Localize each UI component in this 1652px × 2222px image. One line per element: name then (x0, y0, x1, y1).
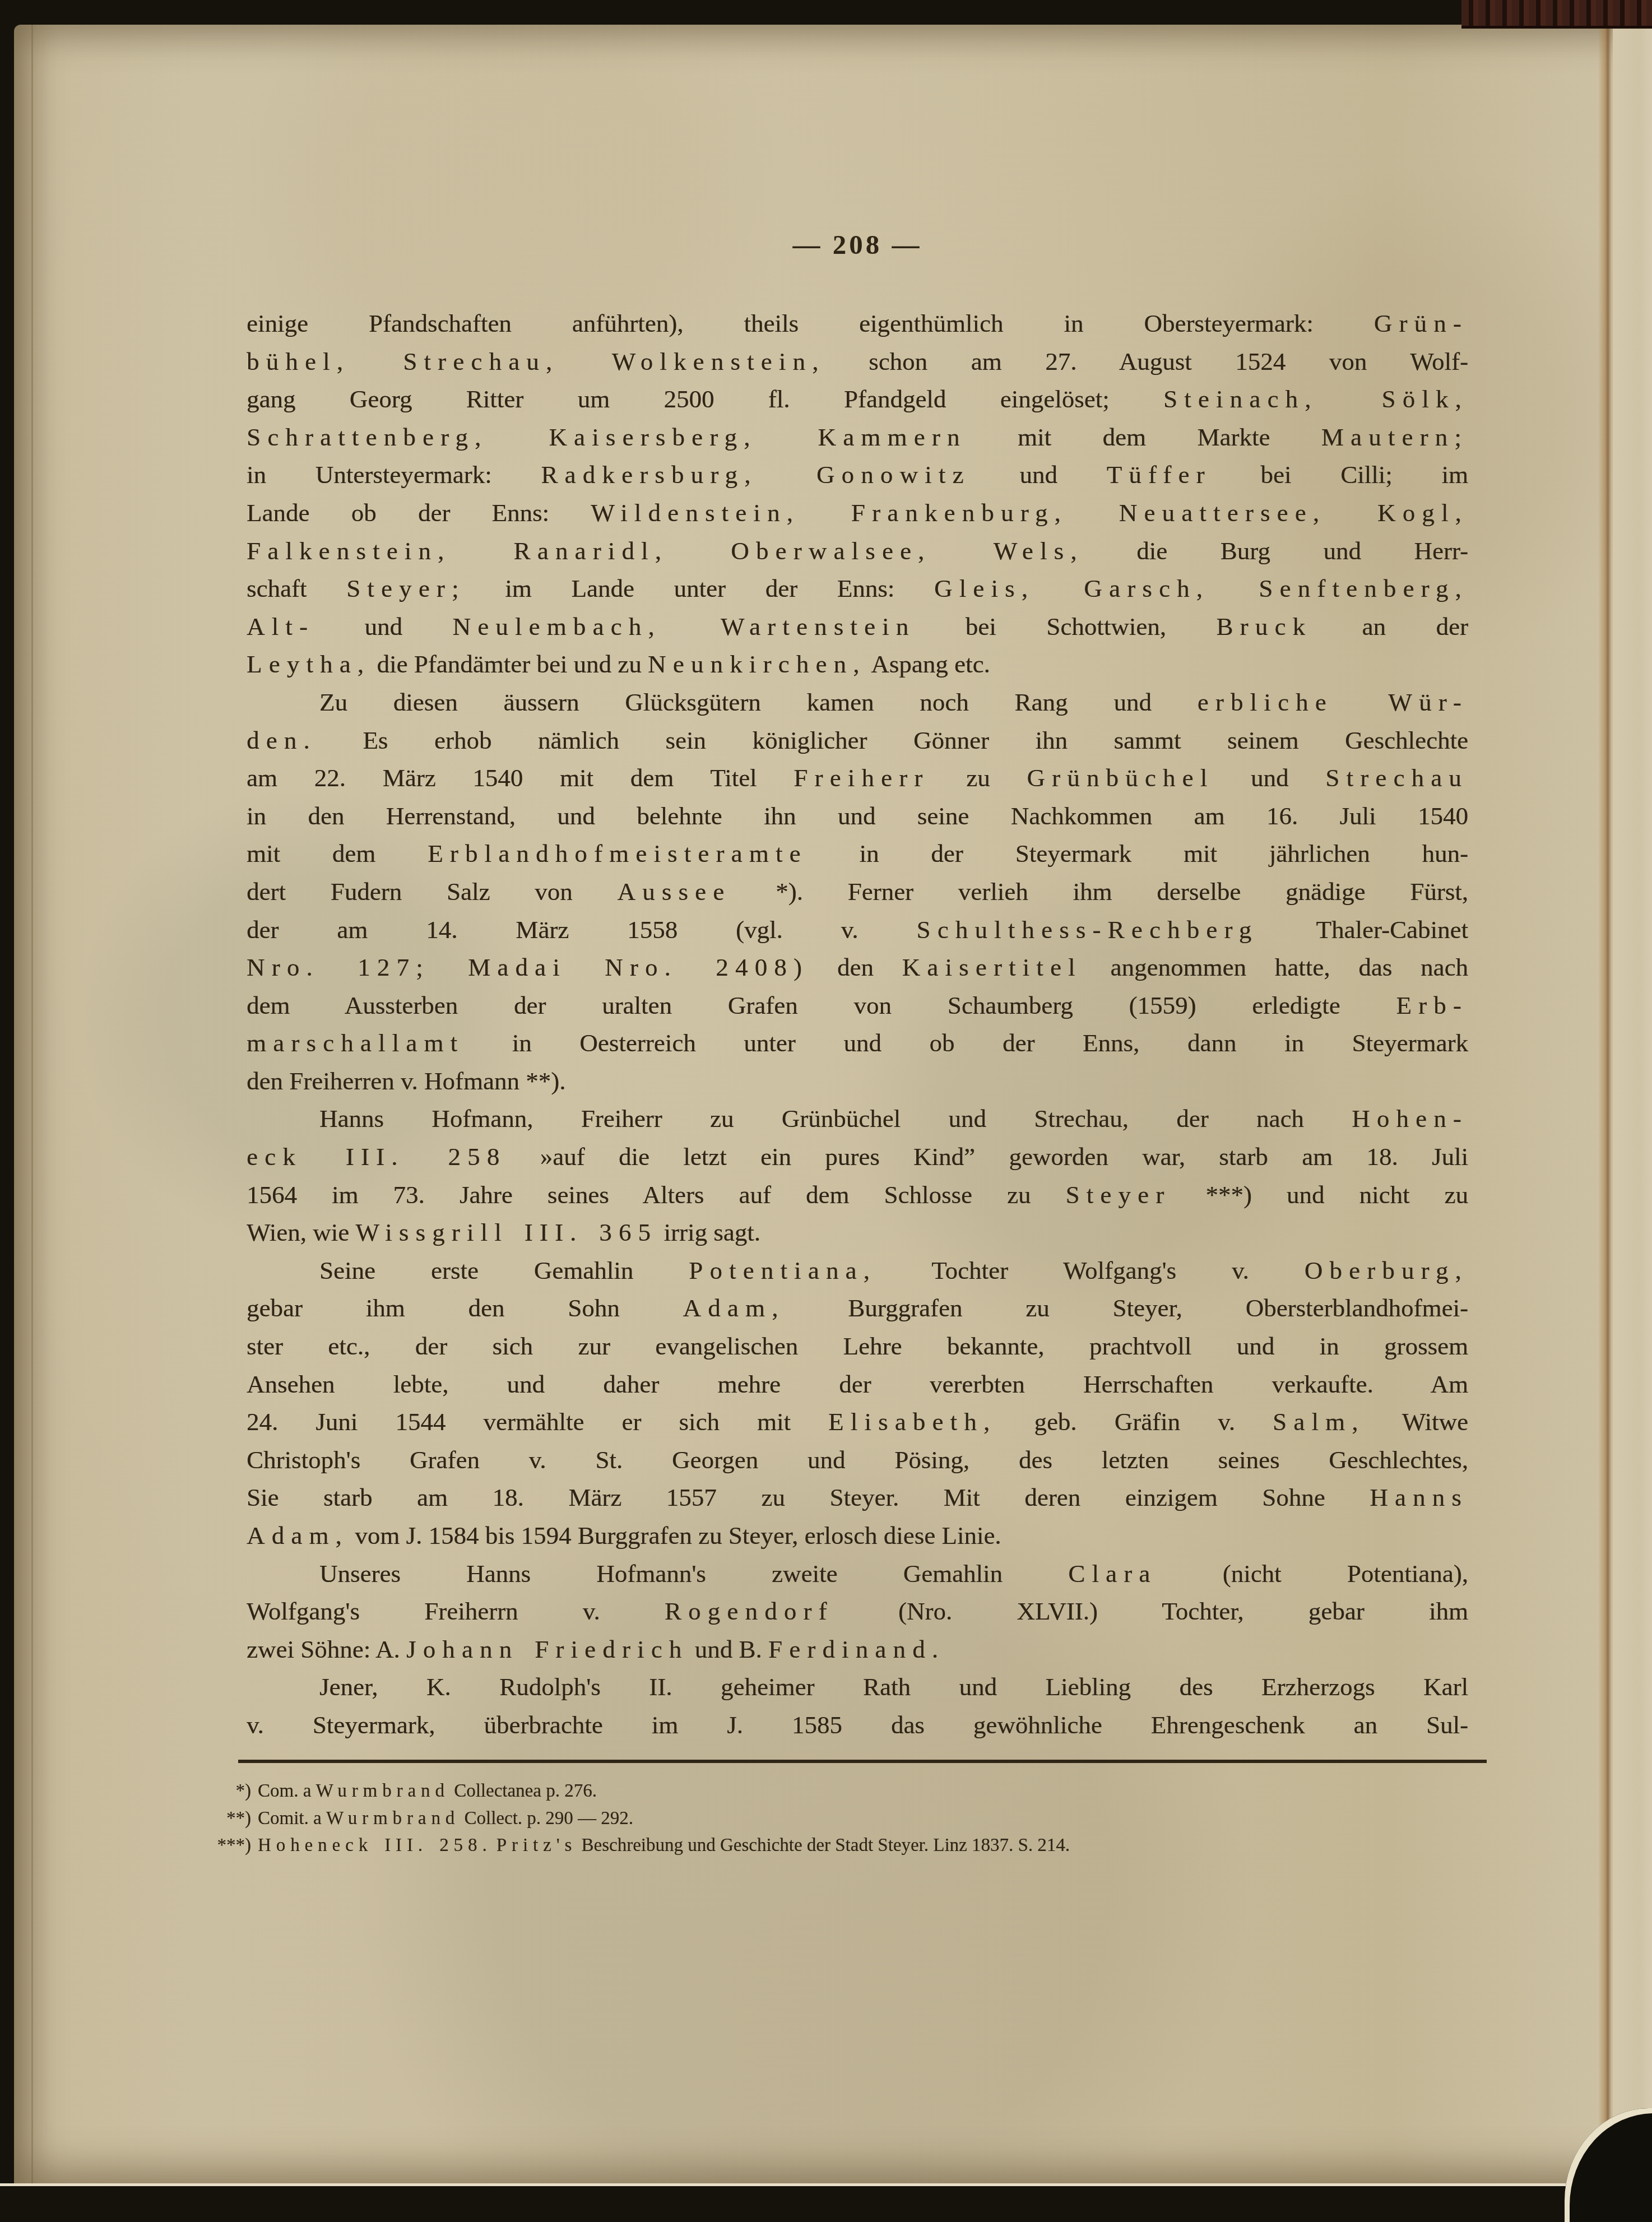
letterspaced-text: Leytha, (247, 650, 370, 678)
letterspaced-text: Grün- (1374, 309, 1468, 337)
letterspaced-text: Strechau (1325, 764, 1468, 792)
letterspaced-text: erbliche Wür- (1198, 688, 1468, 716)
text-line: Zu diesen äussern Glücksgütern kamen noc… (247, 684, 1468, 722)
letterspaced-text: Schrattenberg, Kaisersberg, Kammern (247, 423, 967, 451)
text-line: Jener, K. Rudolph's II. geheimer Rath un… (247, 1668, 1468, 1706)
paragraph: Zu diesen äussern Glücksgütern kamen noc… (247, 684, 1468, 1101)
letterspaced-text: Schulthess-Rechberg (916, 916, 1258, 944)
paragraph: Hanns Hofmann, Freiherr zu Grünbüchel un… (247, 1100, 1468, 1251)
text-line: zwei Söhne: A. Johann Friedrich und B. F… (247, 1631, 1468, 1669)
text-segment: bei Cilli; im (1212, 461, 1468, 489)
letterspaced-text: Grünbüchel (1027, 764, 1214, 792)
scan-background-bottom (0, 2183, 1652, 2222)
letterspaced-text: Wissgrill III. 365 (355, 1218, 657, 1246)
text-segment: schon am 27. August 1524 von Wolf- (825, 347, 1468, 375)
footnote-text: Comit. a Wurmbrand Collect. p. 290 — 292… (258, 1805, 1486, 1833)
letterspaced-text: Steyer (1066, 1181, 1171, 1209)
footnote-marker: ***) (197, 1832, 258, 1859)
letterspaced-text: Erb- (1396, 991, 1468, 1019)
text-segment: angenommen hatte, das nach (1082, 953, 1468, 981)
page-number: — 208 — (247, 229, 1468, 261)
letterspaced-text: Radkersburg, Gonowitz (541, 461, 970, 489)
letterspaced-text: Mautern; (1321, 423, 1468, 451)
letterspaced-text: Nro. 127; Madai Nro. 2408) (247, 953, 809, 981)
text-line: ster etc., der sich zur evangelischen Le… (247, 1328, 1468, 1366)
letterspaced-text: Neunkirchen, (648, 650, 866, 678)
text-line: Wien, wie Wissgrill III. 365 irrig sagt. (247, 1214, 1468, 1252)
text-segment: Com. a (258, 1781, 316, 1801)
text-segment: zu (930, 764, 1027, 792)
text-line: marschallamt in Oesterreich unter und ob… (247, 1024, 1468, 1063)
text-segment: Hanns Hofmann, Freiherr zu Grünbüchel un… (319, 1105, 1352, 1133)
scan-background-top (0, 0, 1652, 25)
text-segment: ***) und nicht zu (1171, 1181, 1468, 1209)
text-segment (492, 1835, 496, 1855)
text-segment: gebar ihm den Sohn (247, 1294, 683, 1322)
text-segment: Christoph's Grafen v. St. Georgen und Pö… (247, 1446, 1468, 1474)
letterspaced-text: Tüffer (1107, 461, 1212, 489)
text-segment: und B. (688, 1635, 768, 1663)
text-segment: (nicht Potentiana), (1157, 1560, 1468, 1588)
text-segment: Aspang etc. (866, 650, 990, 678)
letterspaced-text: Steinach, Sölk, (1163, 385, 1468, 413)
letterspaced-text: Rogendorf (665, 1597, 834, 1625)
letterspaced-text: Falkenstein, Ranaridl, Oberwalsee, Wels, (247, 537, 1084, 565)
letterspaced-text: Neulembach, Wartenstein (452, 613, 915, 641)
letterspaced-text: Freiherr (793, 764, 929, 792)
text-segment: Es erhob nämlich sein königlicher Gönner… (317, 726, 1468, 754)
letterspaced-text: Erblandhofmeisteramte (428, 839, 808, 868)
text-segment: Lande ob der Enns: (247, 499, 591, 527)
text-line: Wolfgang's Freiherrn v. Rogendorf (Nro. … (247, 1593, 1468, 1631)
text-line: Sie starb am 18. März 1557 zu Steyer. Mi… (247, 1479, 1468, 1517)
text-line: Nro. 127; Madai Nro. 2408) den Kaisertit… (247, 949, 1468, 987)
letterspaced-text: Aussee (618, 878, 731, 906)
text-line: Alt- und Neulembach, Wartenstein bei Sch… (247, 608, 1468, 646)
text-segment: Sie starb am 18. März 1557 zu Steyer. Mi… (247, 1483, 1370, 1511)
text-segment: Seine erste Gemahlin (319, 1256, 689, 1284)
text-segment: v. Steyermark, überbrachte im J. 1585 da… (247, 1711, 1468, 1739)
text-segment: zwei Söhne: A. (247, 1635, 406, 1663)
text-line: Christoph's Grafen v. St. Georgen und Pö… (247, 1441, 1468, 1479)
text-segment: Collectanea p. 276. (449, 1781, 597, 1801)
footnote-row: *)Com. a Wurmbrand Collectanea p. 276. (197, 1778, 1486, 1805)
letterspaced-text: Wurmbrand (326, 1808, 460, 1829)
text-line: Falkenstein, Ranaridl, Oberwalsee, Wels,… (247, 532, 1468, 570)
letterspaced-text: Bruck (1216, 613, 1312, 641)
letterspaced-text: Wildenstein, Frankenburg, Neuattersee, K… (591, 499, 1468, 527)
text-segment: *). Ferner verlieh ihm derselbe gnädige … (731, 878, 1468, 906)
text-segment: am 22. März 1540 mit dem Titel (247, 764, 793, 792)
text-segment: Tochter Wolfgang's v. (876, 1256, 1305, 1284)
letterspaced-text: Pritz's (496, 1835, 577, 1855)
text-line: mit dem Erblandhofmeisteramte in der Ste… (247, 835, 1468, 873)
paper-edge-line (31, 25, 33, 2183)
text-line: Leytha, die Pfandämter bei und zu Neunki… (247, 646, 1468, 684)
text-segment: geb. Gräfin v. (996, 1408, 1273, 1436)
text-segment: schaft (247, 574, 346, 602)
text-line: den Freiherren v. Hofmann **). (247, 1063, 1468, 1101)
text-segment: 24. Juni 1544 vermählte er sich mit (247, 1408, 828, 1436)
body-text: einige Pfandschaften anführten), theils … (247, 305, 1468, 1745)
text-segment: Jener, K. Rudolph's II. geheimer Rath un… (319, 1673, 1468, 1701)
text-segment: die Burg und Herr- (1084, 537, 1468, 565)
footnotes: *)Com. a Wurmbrand Collectanea p. 276.**… (197, 1778, 1486, 1859)
text-line: v. Steyermark, überbrachte im J. 1585 da… (247, 1706, 1468, 1745)
letterspaced-text: Gleis, Garsch, Senftenberg, (934, 574, 1468, 602)
letterspaced-text: Hanns (1370, 1483, 1468, 1511)
letterspaced-text: Alt- (247, 613, 314, 641)
text-segment: »auf die letzt ein pures Kind” geworden … (506, 1143, 1468, 1171)
text-line: Lande ob der Enns: Wildenstein, Frankenb… (247, 494, 1468, 532)
text-segment: den Freiherren v. Hofmann **). (247, 1067, 565, 1095)
letterspaced-text: Ferdinand. (768, 1635, 945, 1663)
text-line: dert Fudern Salz von Aussee *). Ferner v… (247, 873, 1468, 911)
text-line: Hanns Hofmann, Freiherr zu Grünbüchel un… (247, 1100, 1468, 1138)
text-segment: 1564 im 73. Jahre seines Alters auf dem … (247, 1181, 1066, 1209)
text-segment: und (314, 613, 452, 641)
letterspaced-text: Potentiana, (689, 1256, 876, 1284)
paragraph: Seine erste Gemahlin Potentiana, Tochter… (247, 1252, 1468, 1555)
text-segment: und (1214, 764, 1325, 792)
text-line: Schrattenberg, Kaisersberg, Kammern mit … (247, 419, 1468, 457)
footnote-row: **)Comit. a Wurmbrand Collect. p. 290 — … (197, 1805, 1486, 1833)
text-line: einige Pfandschaften anführten), theils … (247, 305, 1468, 343)
text-segment: irrig sagt. (657, 1218, 760, 1246)
text-line: Seine erste Gemahlin Potentiana, Tochter… (247, 1252, 1468, 1290)
text-line: gang Georg Ritter um 2500 fl. Pfandgeld … (247, 381, 1468, 419)
text-segment: Zu diesen äussern Glücksgütern kamen noc… (319, 688, 1198, 716)
text-segment: Burggrafen zu Steyer, Obersterblandhofme… (785, 1294, 1468, 1322)
text-segment: an der (1312, 613, 1468, 641)
text-segment: einige Pfandschaften anführten), theils … (247, 309, 1374, 337)
text-line: bühel, Strechau, Wolkenstein, schon am 2… (247, 343, 1468, 381)
footnote-row: ***)Hoheneck III. 258. Pritz's Beschreib… (197, 1832, 1486, 1859)
text-segment: im Lande unter der Enns: (466, 574, 934, 602)
letterspaced-text: Oberburg, (1305, 1256, 1468, 1284)
text-segment: gang Georg Ritter um 2500 fl. Pfandgeld … (247, 385, 1163, 413)
text-segment: in der Steyermark mit jährlichen hun- (808, 839, 1468, 868)
text-segment: Beschreibung und Geschichte der Stadt St… (577, 1835, 1070, 1855)
scan-background-left (0, 0, 14, 2222)
text-segment: und (971, 461, 1107, 489)
text-line: in Untersteyermark: Radkersburg, Gonowit… (247, 456, 1468, 494)
text-segment: die Pfandämter bei und zu (370, 650, 648, 678)
letterspaced-text: Salm, (1273, 1408, 1365, 1436)
text-segment: Unseres Hanns Hofmann's zweite Gemahlin (319, 1560, 1068, 1588)
text-segment: Witwe (1365, 1408, 1468, 1436)
letterspaced-text: Adam, (683, 1294, 785, 1322)
text-segment: in Oesterreich unter und ob der Enns, da… (464, 1029, 1468, 1057)
text-segment: Thaler-Cabinet (1258, 916, 1468, 944)
letterspaced-text: Johann Friedrich (406, 1635, 688, 1663)
text-segment: Collect. p. 290 — 292. (460, 1808, 633, 1829)
letterspaced-text: Elisabeth, (828, 1408, 996, 1436)
text-segment: vom J. 1584 bis 1594 Burggrafen zu Steye… (349, 1521, 1001, 1550)
text-segment: bei Schottwien, (915, 613, 1216, 641)
text-line: den. Es erhob nämlich sein königlicher G… (247, 722, 1468, 760)
text-line: dem Aussterben der uralten Grafen von Sc… (247, 987, 1468, 1025)
letterspaced-text: bühel, Strechau, Wolkenstein, (247, 347, 825, 375)
footnote-text: Hoheneck III. 258. Pritz's Beschreibung … (258, 1832, 1486, 1859)
text-segment: Ansehen lebte, und daher mehre der verer… (247, 1370, 1468, 1398)
text-segment: Wien, wie (247, 1218, 355, 1246)
text-segment: dert Fudern Salz von (247, 878, 618, 906)
footnote-text: Com. a Wurmbrand Collectanea p. 276. (258, 1778, 1486, 1805)
paragraph: Unseres Hanns Hofmann's zweite Gemahlin … (247, 1555, 1468, 1669)
letterspaced-text: Hohen- (1352, 1105, 1468, 1133)
next-page-edge (1613, 25, 1652, 2154)
footnote-rule (238, 1760, 1487, 1763)
letterspaced-text: Adam, (247, 1521, 349, 1550)
paragraph: einige Pfandschaften anführten), theils … (247, 305, 1468, 684)
text-segment: mit dem Markte (967, 423, 1321, 451)
letterspaced-text: den. (247, 726, 317, 754)
letterspaced-text: Hoheneck III. 258. (258, 1835, 492, 1855)
footnote-marker: *) (197, 1778, 258, 1805)
text-segment: der am 14. März 1558 (vgl. v. (247, 916, 916, 944)
text-line: in den Herrenstand, und belehnte ihn und… (247, 797, 1468, 836)
text-segment: Comit. a (258, 1808, 326, 1829)
text-line: eck III. 258 »auf die letzt ein pures Ki… (247, 1138, 1468, 1176)
text-segment: dem Aussterben der uralten Grafen von Sc… (247, 991, 1396, 1019)
text-line: Ansehen lebte, und daher mehre der verer… (247, 1366, 1468, 1404)
text-segment: mit dem (247, 839, 428, 868)
text-line: Adam, vom J. 1584 bis 1594 Burggrafen zu… (247, 1517, 1468, 1555)
text-segment: in Untersteyermark: (247, 461, 541, 489)
letterspaced-text: Steyer; (346, 574, 466, 602)
text-line: schaft Steyer; im Lande unter der Enns: … (247, 570, 1468, 608)
letterspaced-text: Kaisertitel (902, 953, 1082, 981)
text-line: der am 14. März 1558 (vgl. v. Schulthess… (247, 911, 1468, 949)
paragraph: Jener, K. Rudolph's II. geheimer Rath un… (247, 1668, 1468, 1744)
footnote-marker: **) (197, 1805, 258, 1833)
text-segment: Wolfgang's Freiherrn v. (247, 1597, 665, 1625)
letterspaced-text: Wurmbrand (316, 1781, 449, 1801)
text-segment: ster etc., der sich zur evangelischen Le… (247, 1332, 1468, 1360)
text-line: 24. Juni 1544 vermählte er sich mit Elis… (247, 1403, 1468, 1441)
scanned-book-page: — 208 — einige Pfandschaften anführten),… (0, 0, 1652, 2222)
text-segment: in den Herrenstand, und belehnte ihn und… (247, 802, 1468, 830)
letterspaced-text: eck III. 258 (247, 1143, 506, 1171)
text-line: am 22. März 1540 mit dem Titel Freiherr … (247, 759, 1468, 797)
text-line: gebar ihm den Sohn Adam, Burggrafen zu S… (247, 1289, 1468, 1328)
letterspaced-text: marschallamt (247, 1029, 464, 1057)
text-line: 1564 im 73. Jahre seines Alters auf dem … (247, 1176, 1468, 1214)
letterspaced-text: Clara (1068, 1560, 1157, 1588)
text-line: Unseres Hanns Hofmann's zweite Gemahlin … (247, 1555, 1468, 1593)
text-segment: (Nro. XLVII.) Tochter, gebar ihm (834, 1597, 1468, 1625)
book-headband (1461, 0, 1652, 29)
text-segment: den (809, 953, 902, 981)
